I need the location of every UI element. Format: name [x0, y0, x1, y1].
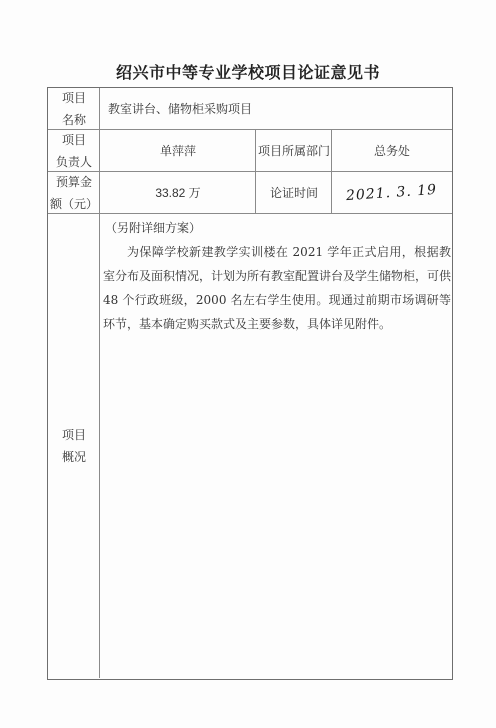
project-name-label-line1: 项目	[62, 87, 86, 109]
budget-label: 预算金 额（元）	[48, 172, 100, 214]
overview-label-line2: 概况	[62, 446, 86, 468]
department-value: 总务处	[332, 130, 452, 172]
budget-value: 33.82 万	[100, 172, 256, 214]
overview-paragraph: 为保障学校新建教学实训楼在 2021 学年正式启用，根据教室分布及面积情况，计划…	[101, 240, 451, 336]
department-label: 项目所属部门	[256, 130, 332, 172]
project-lead-label-line2: 负责人	[56, 151, 92, 173]
overview-note: （另附详细方案）	[105, 216, 451, 240]
overview-content: （另附详细方案） 为保障学校新建教学实训楼在 2021 学年正式启用，根据教室分…	[101, 216, 451, 336]
handwritten-date: 2021. 3. 19	[346, 179, 438, 207]
project-name-value: 教室讲台、储物柜采购项目	[100, 88, 452, 130]
budget-label-line2: 额（元）	[50, 193, 98, 215]
project-lead-label: 项目 负责人	[48, 130, 100, 172]
review-form-table: 项目 名称 教室讲台、储物柜采购项目 项目 负责人 单萍萍 项目所属部门 总务处…	[47, 87, 453, 680]
project-name-label: 项目 名称	[48, 88, 100, 130]
overview-label-line1: 项目	[62, 424, 86, 446]
page-title: 绍兴市中等专业学校项目论证意见书	[0, 60, 496, 83]
project-name-label-line2: 名称	[62, 109, 86, 131]
overview-label: 项目 概况	[48, 214, 100, 678]
project-lead-value: 单萍萍	[100, 130, 256, 172]
project-lead-label-line1: 项目	[62, 129, 86, 151]
review-date-label: 论证时间	[256, 172, 332, 214]
budget-label-line1: 预算金	[56, 171, 92, 193]
review-date-value: 2021. 3. 19	[332, 172, 452, 214]
